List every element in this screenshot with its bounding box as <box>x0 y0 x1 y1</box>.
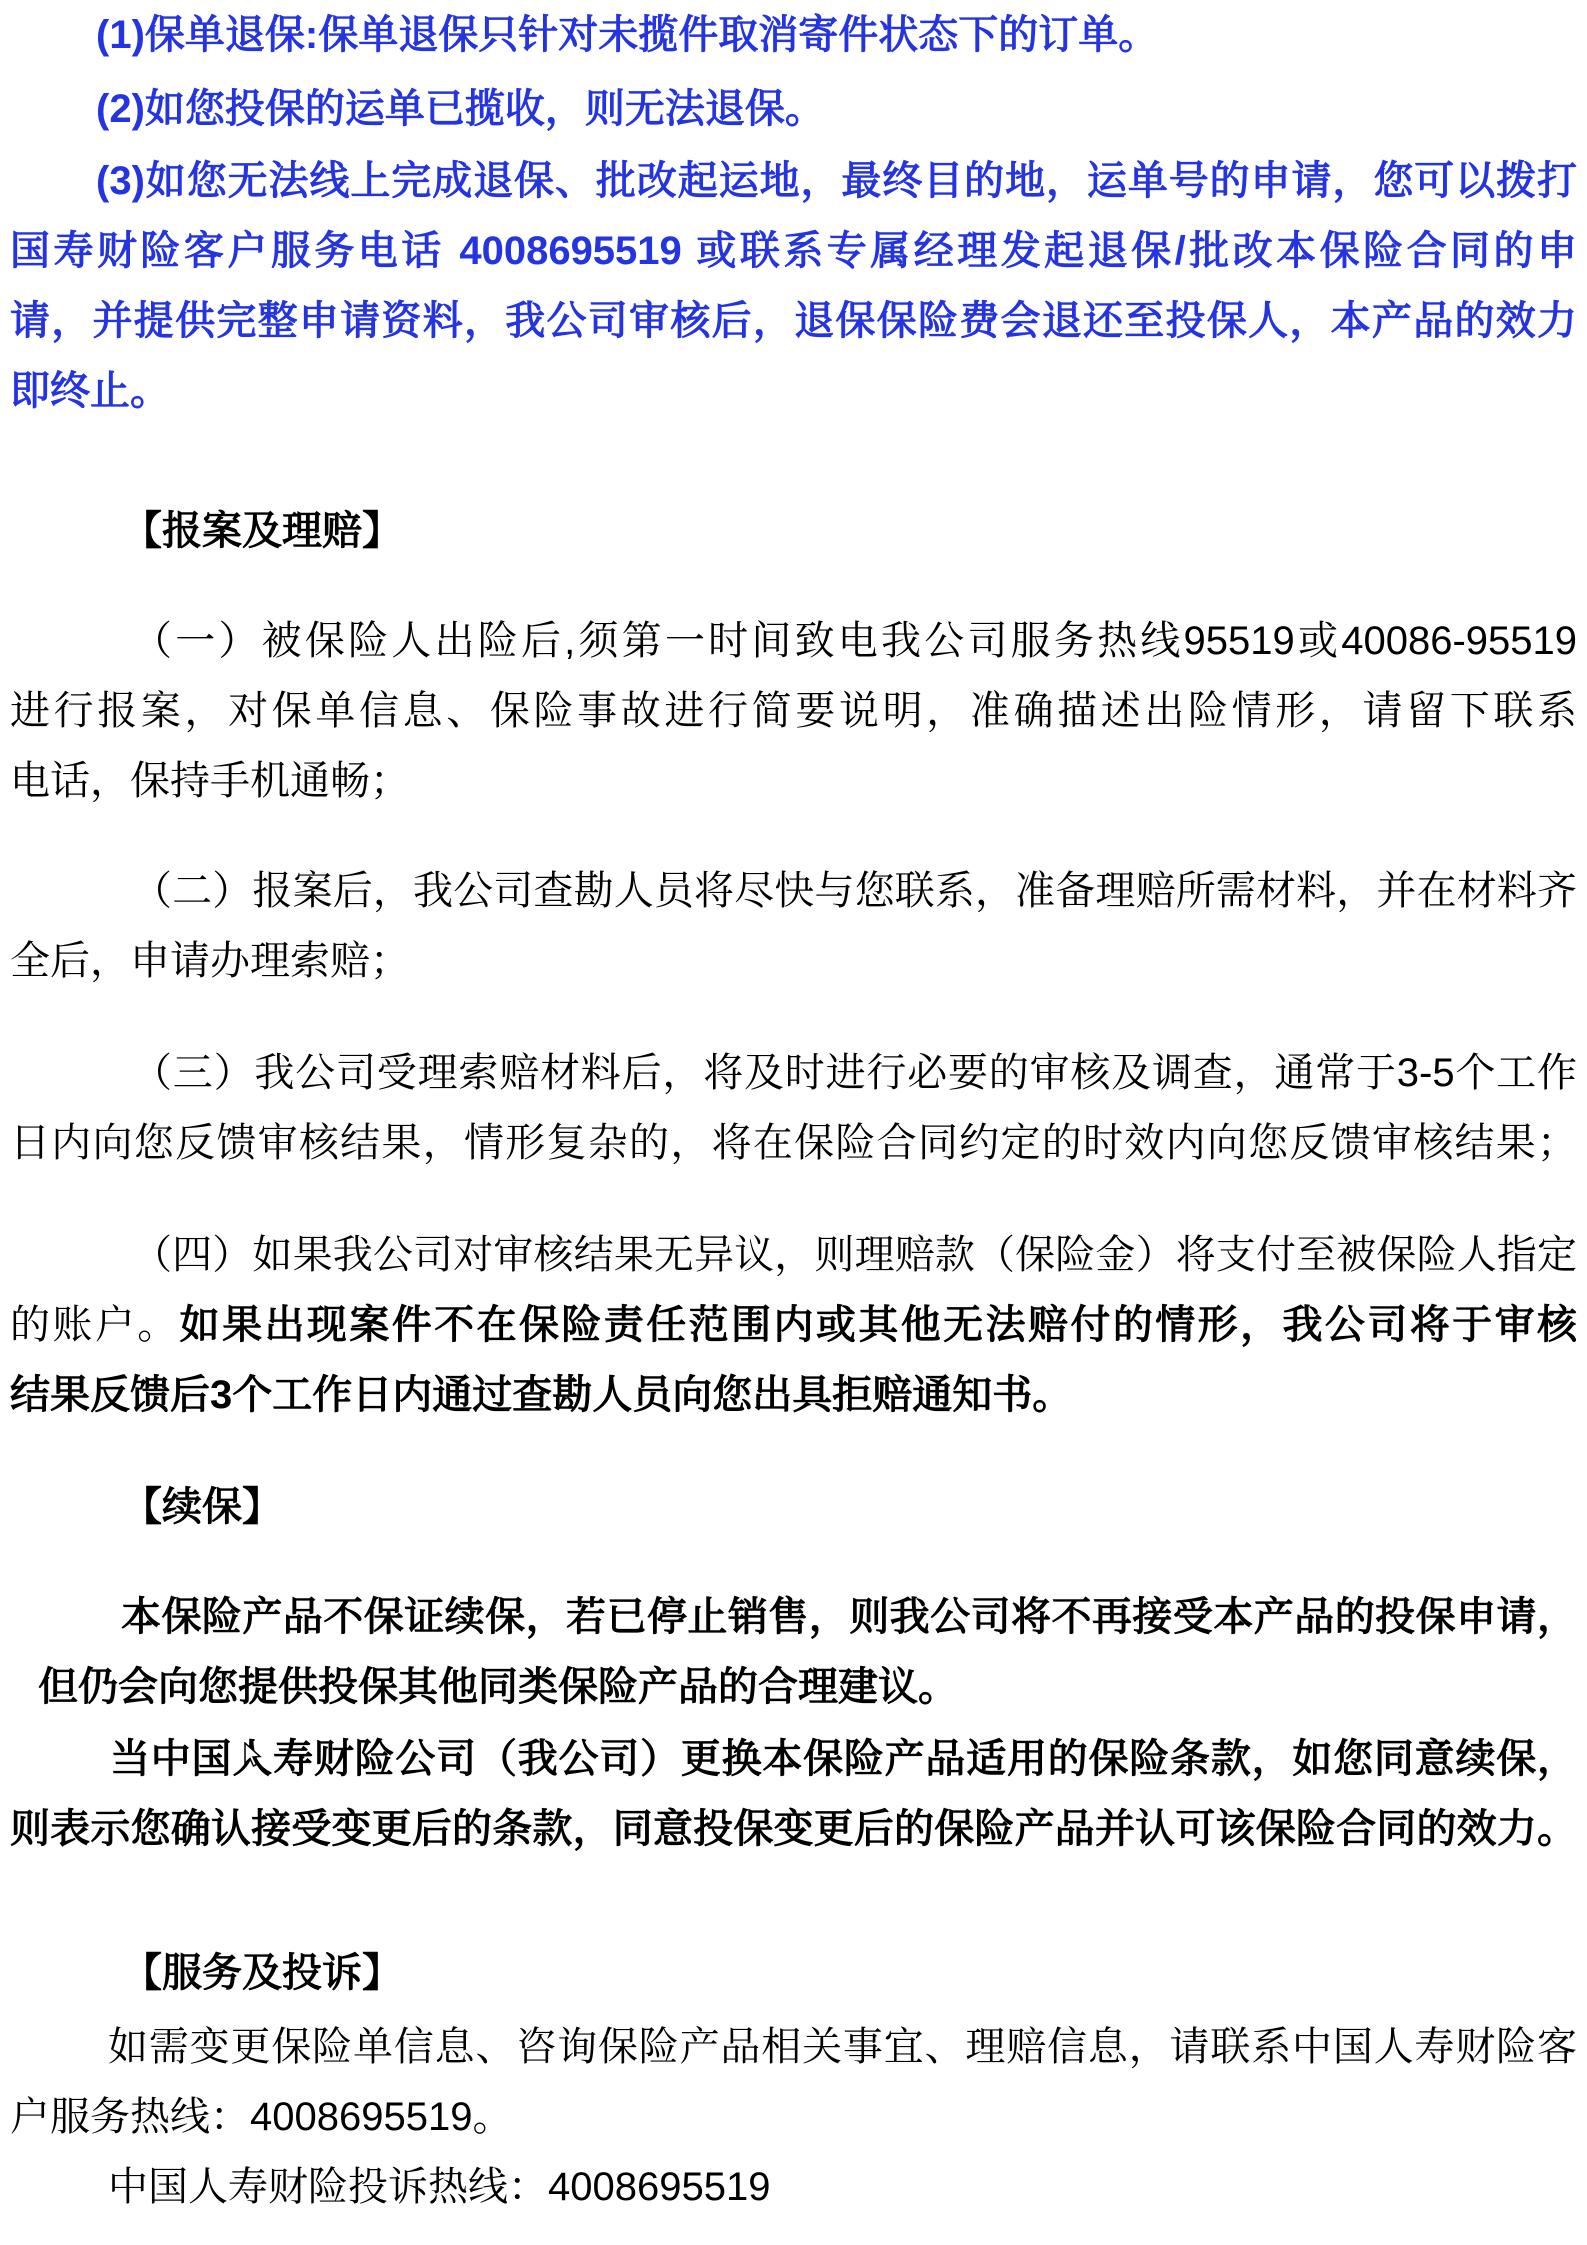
claims-step-2: （二）报案后，我公司查勘人员将尽快与您联系，准备理赔所需材料，并在材料齐全后，申… <box>10 856 1577 996</box>
text-segment: 中国人寿财险投诉热线：4008695519 <box>108 2165 770 2209</box>
text-segment: 如需变更保险单信息、咨询保险产品相关事宜、理赔信息，请联系中国人寿财险客 <box>108 2025 1577 2069</box>
text-segment: (2)如您投保的运单已揽收，则无法退保。 <box>96 87 825 131</box>
text-segment: 结果反馈后3个工作日内通过查勘人员向您出具拒赔通知书。 <box>10 1373 1072 1417</box>
text-segment: 本保险产品不保证续保，若已停止销售，则我公司将不再接受本产品的投保申请， <box>121 1595 1577 1639</box>
text-segment: （四）如果我公司对审核结果无异议，则理赔款（保险金）将支付至被保险人指定 <box>132 1233 1577 1277</box>
claims-heading: 【报案及理赔】 <box>10 496 1577 566</box>
service-para-2: 中国人寿财险投诉热线：4008695519 <box>10 2152 1577 2222</box>
text-segment: （二）报案后，我公司查勘人员将尽快与您联系，准备理赔所需材料，并在材料齐 <box>132 869 1577 913</box>
text-segment: 【服务及投诉】 <box>122 1951 402 1995</box>
text-line: 当中国人寿财险公司（我公司）更换本保险产品适用的保险条款，如您同意续保， <box>10 1724 1577 1794</box>
text-line: 全后，申请办理索赔； <box>10 926 1577 996</box>
text-line: (3)如您无法线上完成退保、批改起运地，最终目的地，运单号的申请，您可以拨打 <box>10 146 1577 216</box>
text-segment: 日内向您反馈审核结果，情形复杂的，将在保险合同约定的时效内向您反馈审核结果； <box>10 1121 1577 1165</box>
text-segment: 则表示您确认接受变更后的条款，同意投保变更后的保险产品并认可该保险合同的效力。 <box>10 1807 1577 1851</box>
text-line: （一）被保险人出险后,须第一时间致电我公司服务热线95519或40086-955… <box>10 606 1577 676</box>
text-line: （四）如果我公司对审核结果无异议，则理赔款（保险金）将支付至被保险人指定 <box>10 1220 1577 1290</box>
text-line: 进行报案，对保单信息、保险事故进行简要说明，准确描述出险情形，请留下联系 <box>10 676 1577 746</box>
text-line: 即终止。 <box>10 356 1577 426</box>
text-segment: 请，并提供完整申请资料，我公司审核后，退保保险费会退还至投保人，本产品的效力 <box>10 299 1577 343</box>
text-segment: 全后，申请办理索赔； <box>10 939 410 983</box>
document-page: (1)保单退保:保单退保只针对未揽件取消寄件状态下的订单。(2)如您投保的运单已… <box>0 0 1587 2222</box>
text-segment: 的账户。 <box>10 1303 180 1347</box>
text-segment: 电话，保持手机通畅； <box>10 759 410 803</box>
text-segment: 当中国人寿财险公司（我公司）更换本保险产品适用的保险条款，如您同意续保， <box>110 1737 1577 1781</box>
text-segment: (1)保单退保:保单退保只针对未揽件取消寄件状态下的订单。 <box>96 13 1158 57</box>
renewal-heading: 【续保】 <box>10 1472 1577 1542</box>
service-para-1: 如需变更保险单信息、咨询保险产品相关事宜、理赔信息，请联系中国人寿财险客户服务热… <box>10 2012 1577 2152</box>
text-line: （三）我公司受理索赔材料后，将及时进行必要的审核及调查，通常于3-5个工作 <box>10 1038 1577 1108</box>
policy-refund-note-1: (1)保单退保:保单退保只针对未揽件取消寄件状态下的订单。 <box>10 0 1577 70</box>
text-line: 【报案及理赔】 <box>10 496 1577 566</box>
text-line: (2)如您投保的运单已揽收，则无法退保。 <box>10 74 1577 144</box>
text-line: 日内向您反馈审核结果，情形复杂的，将在保险合同约定的时效内向您反馈审核结果； <box>10 1108 1577 1178</box>
text-segment: 【续保】 <box>122 1485 282 1529</box>
policy-refund-note-3: (3)如您无法线上完成退保、批改起运地，最终目的地，运单号的申请，您可以拨打国寿… <box>10 146 1577 426</box>
text-line: 户服务热线：4008695519。 <box>10 2082 1577 2152</box>
claims-step-4: （四）如果我公司对审核结果无异议，则理赔款（保险金）将支付至被保险人指定的账户。… <box>10 1220 1577 1430</box>
text-line: 的账户。如果出现案件不在保险责任范围内或其他无法赔付的情形，我公司将于审核 <box>10 1290 1577 1360</box>
text-line: 本保险产品不保证续保，若已停止销售，则我公司将不再接受本产品的投保申请， <box>38 1582 1577 1652</box>
text-line: 请，并提供完整申请资料，我公司审核后，退保保险费会退还至投保人，本产品的效力 <box>10 286 1577 356</box>
text-segment: 但仍会向您提供投保其他同类保险产品的合理建议。 <box>38 1665 958 1709</box>
text-segment: （三）我公司受理索赔材料后，将及时进行必要的审核及调查，通常于3-5个工作 <box>132 1051 1577 1095</box>
text-line: (1)保单退保:保单退保只针对未揽件取消寄件状态下的订单。 <box>10 0 1577 70</box>
text-line: 【服务及投诉】 <box>10 1938 1577 2008</box>
renewal-para-1: 本保险产品不保证续保，若已停止销售，则我公司将不再接受本产品的投保申请，但仍会向… <box>38 1582 1577 1722</box>
text-line: 则表示您确认接受变更后的条款，同意投保变更后的保险产品并认可该保险合同的效力。 <box>10 1794 1577 1864</box>
text-segment: 户服务热线：4008695519。 <box>10 2095 512 2139</box>
text-segment: 国寿财险客户服务电话 4008695519 或联系专属经理发起退保/批改本保险合… <box>10 229 1577 273</box>
renewal-para-2: 当中国人寿财险公司（我公司）更换本保险产品适用的保险条款，如您同意续保，则表示您… <box>10 1724 1577 1864</box>
text-segment: （一）被保险人出险后,须第一时间致电我公司服务热线95519或40086-955… <box>132 619 1577 663</box>
text-line: 但仍会向您提供投保其他同类保险产品的合理建议。 <box>38 1652 1577 1722</box>
text-line: 结果反馈后3个工作日内通过查勘人员向您出具拒赔通知书。 <box>10 1360 1577 1430</box>
service-heading: 【服务及投诉】 <box>10 1938 1577 2008</box>
text-segment: 进行报案，对保单信息、保险事故进行简要说明，准确描述出险情形，请留下联系 <box>10 689 1577 733</box>
text-line: 【续保】 <box>10 1472 1577 1542</box>
text-line: 电话，保持手机通畅； <box>10 746 1577 816</box>
text-segment: 如果出现案件不在保险责任范围内或其他无法赔付的情形，我公司将于审核 <box>180 1303 1577 1347</box>
text-line: 中国人寿财险投诉热线：4008695519 <box>10 2152 1577 2222</box>
text-segment: 即终止。 <box>10 369 170 413</box>
text-line: （二）报案后，我公司查勘人员将尽快与您联系，准备理赔所需材料，并在材料齐 <box>10 856 1577 926</box>
claims-step-1: （一）被保险人出险后,须第一时间致电我公司服务热线95519或40086-955… <box>10 606 1577 816</box>
text-segment: (3)如您无法线上完成退保、批改起运地，最终目的地，运单号的申请，您可以拨打 <box>96 159 1577 203</box>
text-line: 国寿财险客户服务电话 4008695519 或联系专属经理发起退保/批改本保险合… <box>10 216 1577 286</box>
text-line: 如需变更保险单信息、咨询保险产品相关事宜、理赔信息，请联系中国人寿财险客 <box>10 2012 1577 2082</box>
policy-refund-note-2: (2)如您投保的运单已揽收，则无法退保。 <box>10 74 1577 144</box>
claims-step-3: （三）我公司受理索赔材料后，将及时进行必要的审核及调查，通常于3-5个工作日内向… <box>10 1038 1577 1178</box>
document-body: (1)保单退保:保单退保只针对未揽件取消寄件状态下的订单。(2)如您投保的运单已… <box>10 0 1577 2222</box>
text-segment: 【报案及理赔】 <box>122 509 402 553</box>
